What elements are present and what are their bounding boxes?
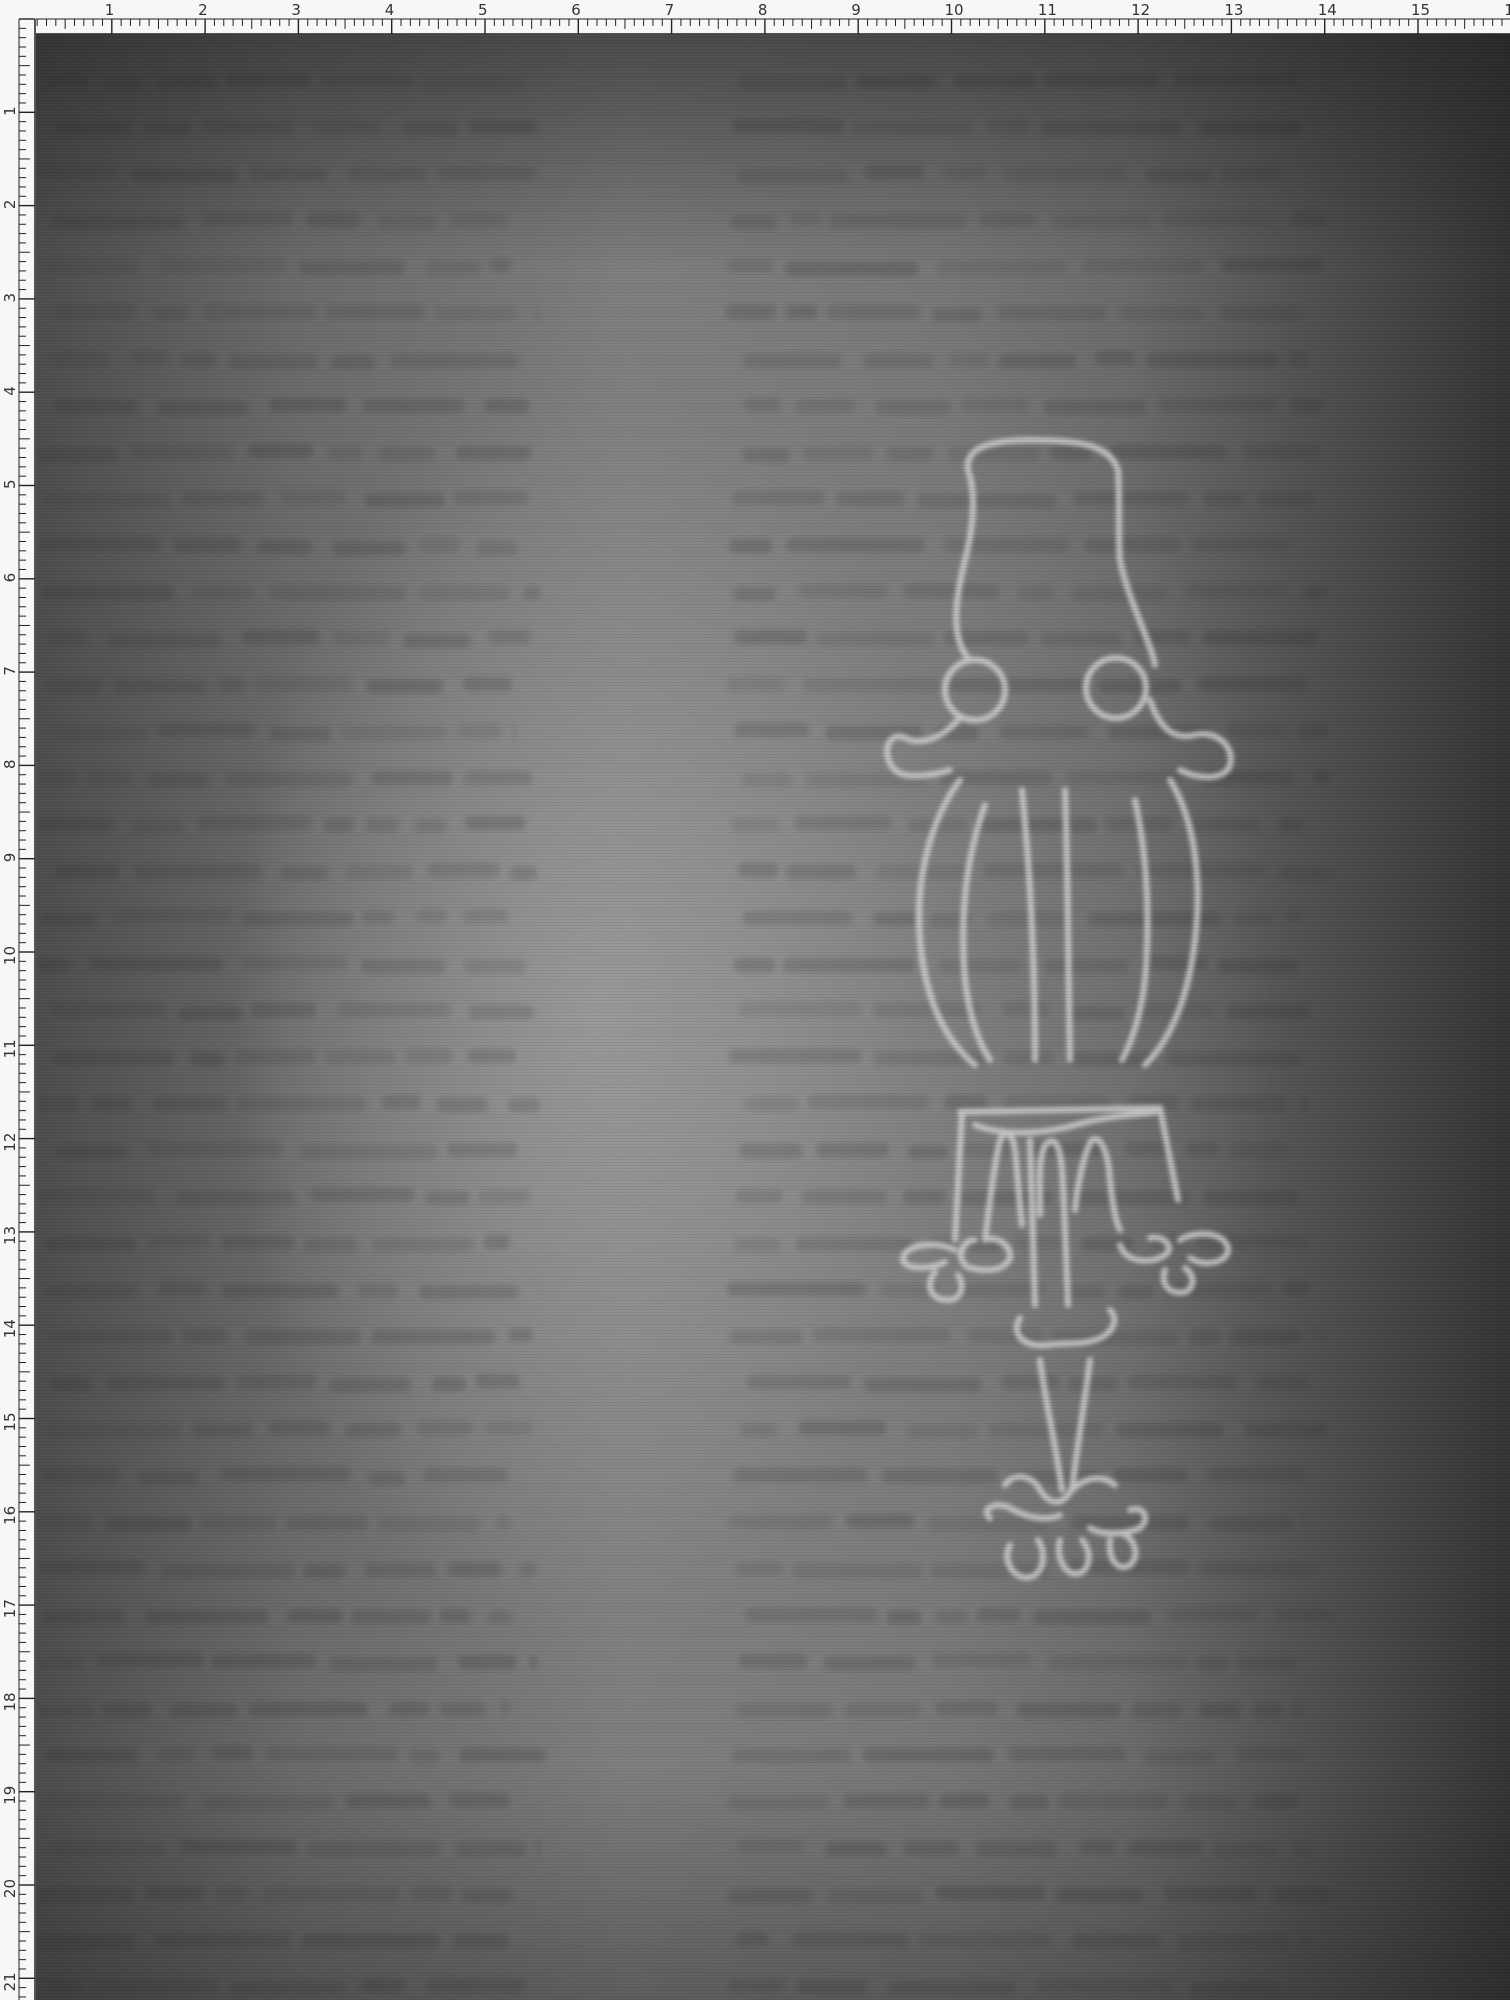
ruler-top-label: 15 — [1411, 1, 1430, 19]
ruler-top-label: 6 — [571, 1, 581, 19]
ruler-top-label: 5 — [478, 1, 488, 19]
ruler-left-label: 12 — [1, 1133, 19, 1152]
ruler-left-label: 21 — [1, 1972, 19, 1991]
ruler-left-label: 5 — [1, 480, 19, 490]
ruler-top-label: 9 — [851, 1, 861, 19]
ruler-top-ticks: 012345678910111213141510 — [0, 0, 1510, 34]
ruler-left-label: 19 — [1, 1786, 19, 1805]
scan-lines-texture — [36, 34, 1510, 2000]
ruler-left-label: 2 — [1, 200, 19, 210]
ruler-left-ticks: 123456789101112131415161718192021 — [0, 0, 36, 2000]
ruler-left: 123456789101112131415161718192021 — [0, 0, 36, 2000]
ruler-top-label: 11 — [1038, 1, 1057, 19]
ruler-left-label: 13 — [1, 1226, 19, 1245]
ruler-top-label: 12 — [1131, 1, 1150, 19]
ruler-top-label: 2 — [198, 1, 208, 19]
ruler-top-label: 7 — [665, 1, 675, 19]
ruler-left-label: 20 — [1, 1879, 19, 1898]
ruler-left-label: 8 — [1, 759, 19, 769]
ruler-left-label: 14 — [1, 1319, 19, 1338]
ruler-left-label: 17 — [1, 1599, 19, 1618]
ruler-left-label: 10 — [1, 946, 19, 965]
ruler-top-label: 1 — [1504, 1, 1510, 19]
ruler-top: 012345678910111213141510 — [0, 0, 1510, 34]
ruler-left-label: 15 — [1, 1413, 19, 1432]
ruler-top-label: 13 — [1224, 1, 1243, 19]
ruler-top-label: 4 — [385, 1, 395, 19]
watermark-scan-image — [36, 34, 1510, 2000]
ruler-left-label: 4 — [1, 386, 19, 396]
ruler-top-label: 8 — [758, 1, 768, 19]
ruler-top-label: 1 — [105, 1, 115, 19]
ruler-left-label: 3 — [1, 293, 19, 303]
ruler-left-label: 18 — [1, 1692, 19, 1711]
ruler-left-label: 16 — [1, 1506, 19, 1525]
ruler-left-label: 6 — [1, 573, 19, 583]
ruler-left-label: 11 — [1, 1039, 19, 1058]
ruler-top-label: 3 — [291, 1, 301, 19]
ruler-left-label: 9 — [1, 853, 19, 863]
ruler-top-label: 14 — [1318, 1, 1337, 19]
ruler-left-label: 7 — [1, 666, 19, 676]
ruler-left-label: 1 — [1, 106, 19, 116]
ruler-top-label: 10 — [945, 1, 964, 19]
